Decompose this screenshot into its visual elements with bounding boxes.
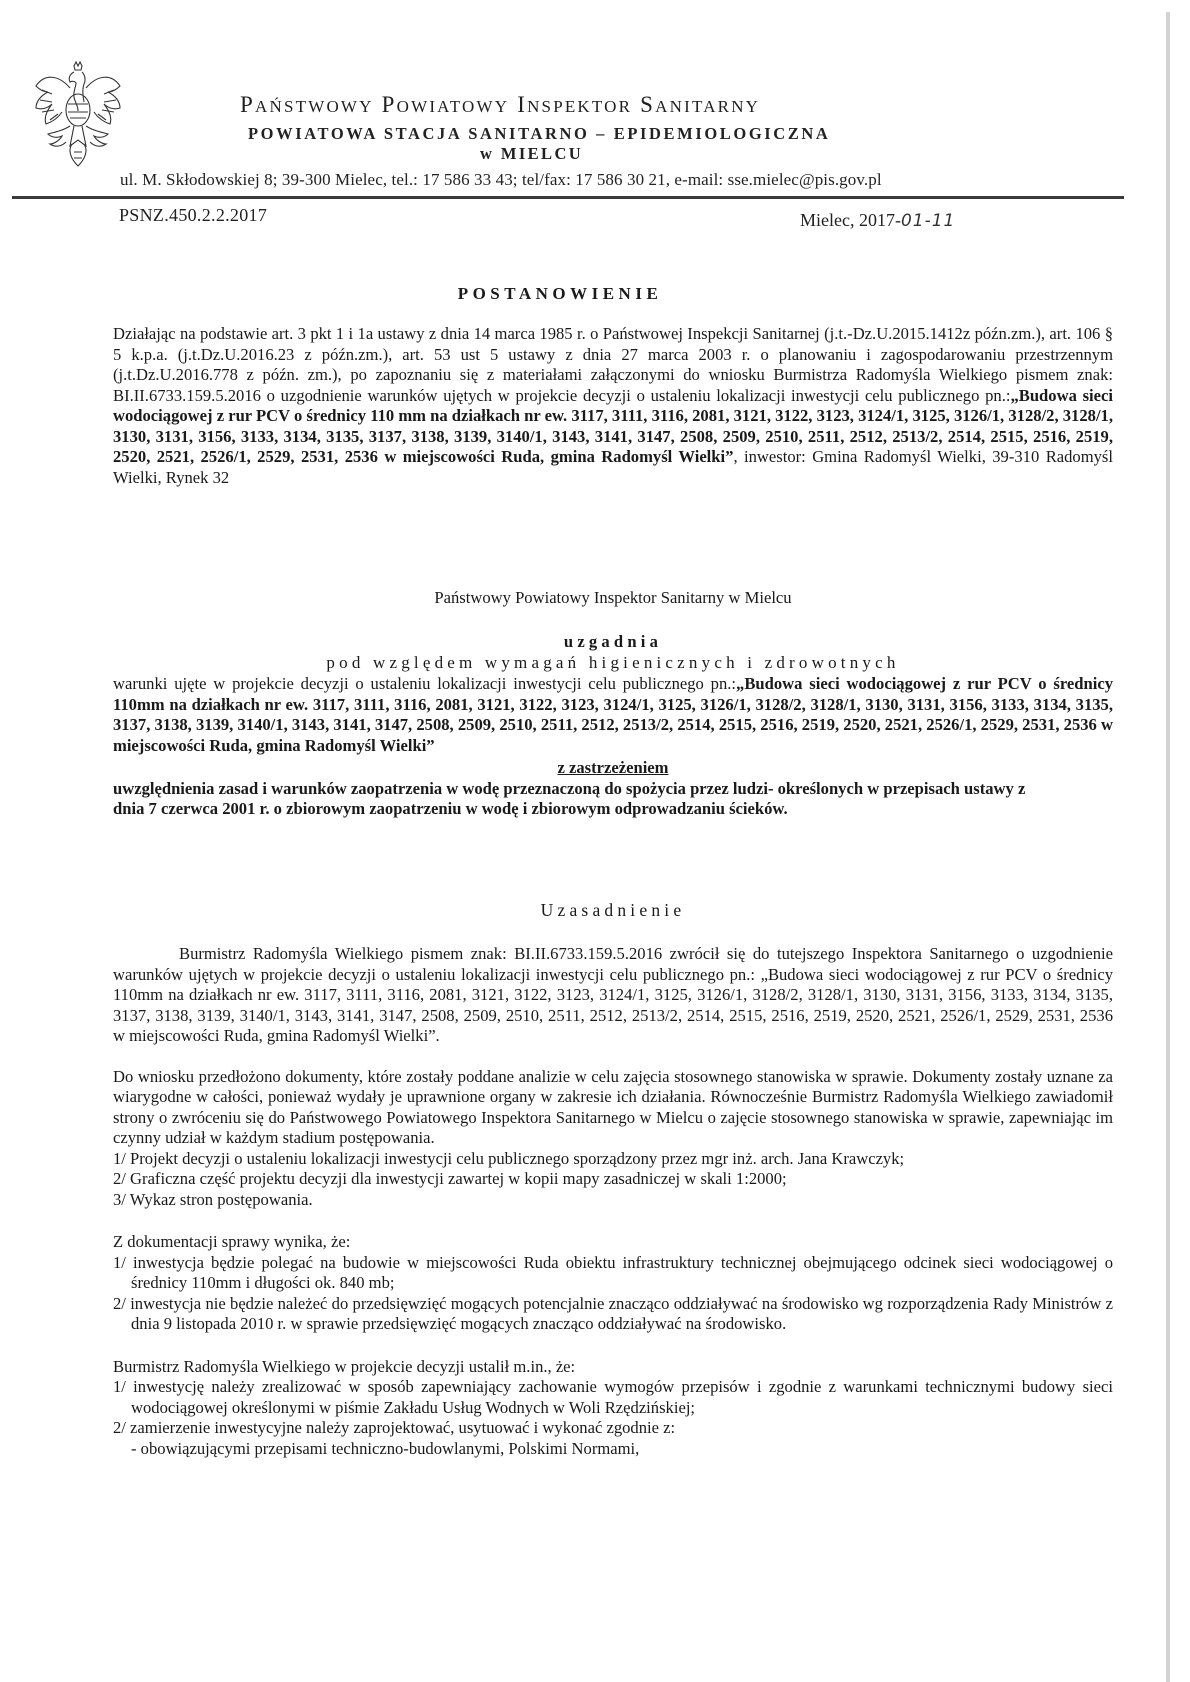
- authority-text: Państwowy Powiatowy Inspektor Sanitarny …: [113, 588, 1113, 609]
- mayor-point: 1/ inwestycję należy zrealizować w sposó…: [113, 1377, 1113, 1418]
- institution-subtitle: POWIATOWA STACJA SANITARNO – EPIDEMIOLOG…: [248, 124, 830, 144]
- title-word: INSPEKTOR: [517, 92, 632, 117]
- date-printed: Mielec, 2017-: [800, 210, 901, 230]
- decision-text: warunki ujęte w projekcie decyzji o usta…: [113, 674, 736, 693]
- finding-item: 1/ inwestycja będzie polegać na budowie …: [113, 1253, 1113, 1294]
- title-word: POWIATOWY: [382, 92, 510, 117]
- reference-number: PSNZ.450.2.2.2017: [119, 205, 267, 226]
- city-name: MIELCU: [501, 144, 583, 163]
- finding-item: 2/ inwestycja nie będzie należeć do prze…: [113, 1294, 1113, 1335]
- justification-heading: Uzasadnienie: [113, 900, 1113, 921]
- decision-verb-block: uzgadnia pod względem wymagań higieniczn…: [113, 632, 1113, 673]
- polish-eagle-emblem-icon: [30, 60, 126, 170]
- intro-text: Działając na podstawie art. 3 pkt 1 i 1a…: [113, 324, 1113, 405]
- findings-intro: Z dokumentacji sprawy wynika, że:: [113, 1232, 1113, 1253]
- institution-address: ul. M. Skłodowskiej 8; 39-300 Mielec, te…: [120, 170, 882, 190]
- mayor-intro: Burmistrz Radomyśla Wielkiego w projekci…: [113, 1357, 1113, 1378]
- intro-paragraph: Działając na podstawie art. 3 pkt 1 i 1a…: [113, 324, 1113, 488]
- document-title: POSTANOWIENIE: [0, 284, 1120, 304]
- document-item: 2/ Graficzna część projektu decyzji dla …: [113, 1169, 1113, 1190]
- authority-line: Państwowy Powiatowy Inspektor Sanitarny …: [113, 588, 1113, 609]
- document-date: Mielec, 2017-01-11: [800, 210, 955, 231]
- city-prefix: w: [480, 144, 494, 163]
- justification-body: Burmistrz Radomyśla Wielkiego pismem zna…: [113, 944, 1113, 1459]
- scan-page-edge: [1166, 12, 1170, 1682]
- justification-heading-block: Uzasadnienie: [113, 900, 1113, 921]
- mayor-point: 2/ zamierzenie inwestycyjne należy zapro…: [113, 1418, 1113, 1439]
- date-handwritten: 01-11: [901, 211, 955, 231]
- decision-paragraph: warunki ujęte w projekcie decyzji o usta…: [113, 674, 1113, 820]
- title-word: PAŃSTWOWY: [240, 92, 374, 117]
- mayor-subpoint: - obowiązującymi przepisami techniczno-b…: [113, 1439, 1113, 1460]
- header-divider: [12, 196, 1124, 199]
- document-item: 1/ Projekt decyzji o ustaleniu lokalizac…: [113, 1149, 1113, 1170]
- institution-title: PAŃSTWOWY POWIATOWY INSPEKTOR SANITARNY: [240, 92, 760, 118]
- decision-verb: uzgadnia: [113, 632, 1113, 653]
- justification-p1: Burmistrz Radomyśla Wielkiego pismem zna…: [113, 944, 1113, 1047]
- reservation-label: z zastrzeżeniem: [113, 758, 1113, 779]
- title-word: SANITARNY: [640, 92, 760, 117]
- institution-city: w MIELCU: [480, 144, 583, 164]
- justification-p2: Do wniosku przedłożono dokumenty, które …: [113, 1067, 1113, 1149]
- reservation-text: uwzględnienia zasad i warunków zaopatrze…: [113, 779, 1113, 820]
- decision-qualifier: pod względem wymagań higienicznych i zdr…: [113, 653, 1113, 674]
- document-item: 3/ Wykaz stron postępowania.: [113, 1190, 1113, 1211]
